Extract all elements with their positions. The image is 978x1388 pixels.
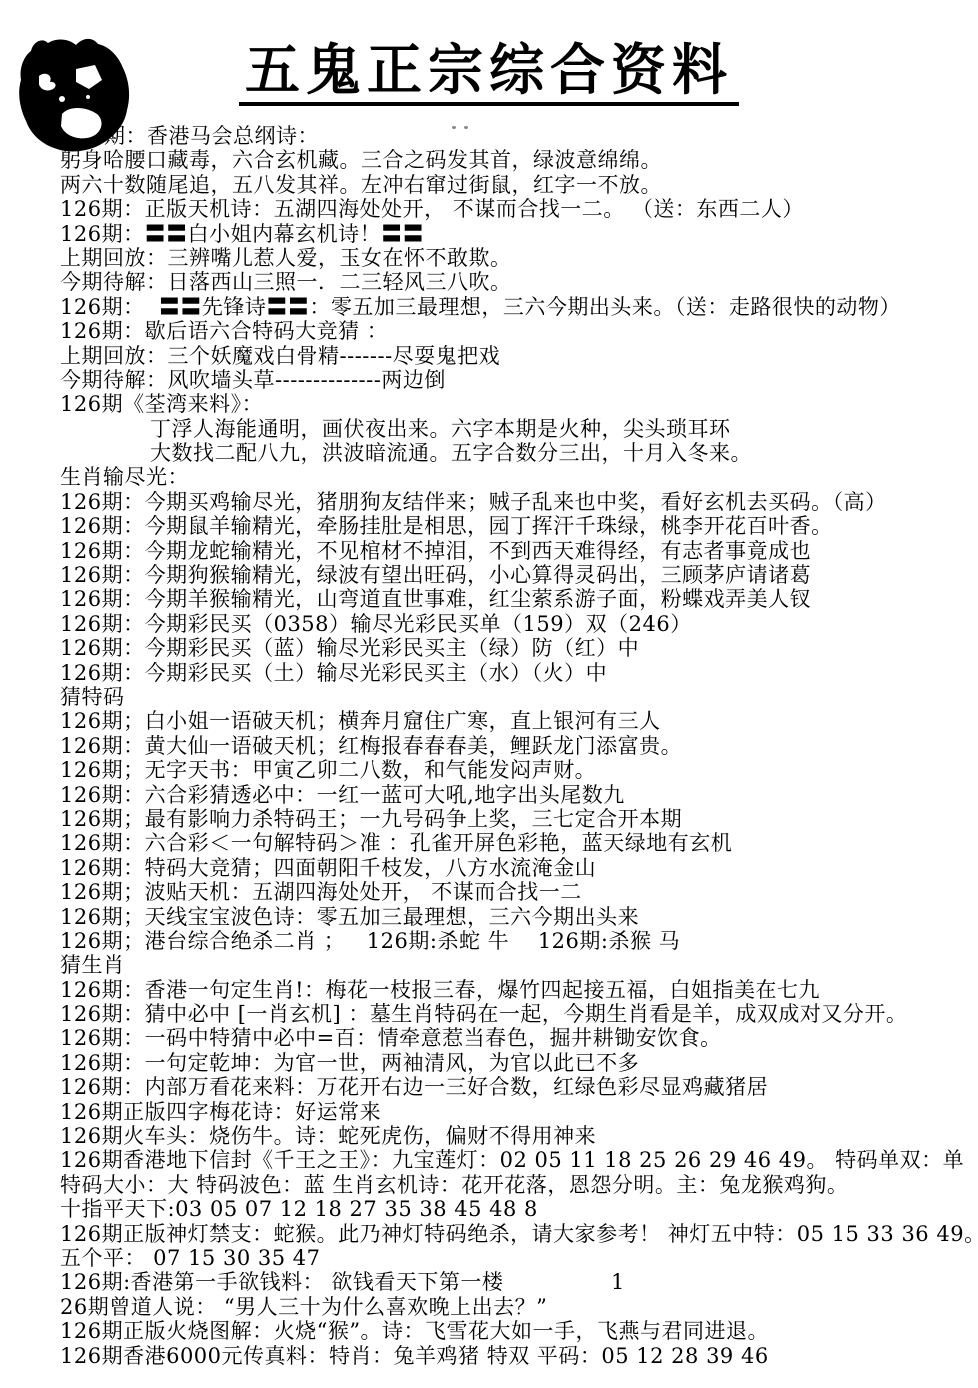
ghost-seal-logo (18, 36, 132, 152)
text-line: 126期：猜中必中 [一肖玄机] ：墓生肖特码在一起，今期生肖看是羊，成双成对又… (0, 1002, 978, 1026)
text-line: 126期：〓〓白小姐内幕玄机诗！〓〓 (0, 222, 978, 246)
text-line: 126期；白小姐一语破天机；横奔月窟住广寒，直上银河有三人 (0, 709, 978, 733)
text-line: 126期香港地下信封《千王之王》：九宝莲灯：02 05 11 18 25 26 … (0, 1148, 978, 1172)
text-line: 126期：特码大竞猜；四面朝阳千枝发，八方水流淹金山 (0, 856, 978, 880)
text-line: 126期正版神灯禁支：蛇猴。此乃神灯特码绝杀，请大家参考！ 神灯五中特：05 1… (0, 1222, 978, 1246)
text-line: 126期：六合彩猜透必中：一红一蓝可大吼,地字出头尾数九 (0, 783, 978, 807)
text-line: 126期:香港第一手欲钱料： 欲钱看天下第一楼 1 (0, 1270, 978, 1294)
text-line: 126期：今期鼠羊输精光，牵肠挂肚是相思，园丁挥汗千珠绿，桃李开花百叶香。 (0, 514, 978, 538)
text-line: 126期火车头：烧伤牛。诗：蛇死虎伤，偏财不得用神来 (0, 1124, 978, 1148)
text-line: 126期： 〓〓先锋诗〓〓：零五加三最理想，三六今期出头来。（送：走路很快的动物… (0, 295, 978, 319)
document-body: 期：香港马会总纲诗：躬身哈腰口藏毒，六合玄机藏。三合之码发其首，绿波意绵绵。两六… (0, 124, 978, 1368)
text-line: 126期：正版天机诗：五湖四海处处开， 不谋而合找一二。 （送：东西二人） (0, 197, 978, 221)
text-line: 生肖输尽光： (0, 465, 978, 489)
text-line: 126期；港台综合绝杀二肖 ； 126期:杀蛇 牛 126期:杀猴 马 (0, 929, 978, 953)
text-line: 两六十数随尾追，五八发其祥。左冲右窜过街鼠，红字一不放。 (0, 173, 978, 197)
text-line: 五个平： 07 15 30 35 47 (0, 1246, 978, 1270)
text-line: 126期；最有影响力杀特码王；一九号码争上奖，三七定合开本期 (0, 807, 978, 831)
text-line: 126期：今期彩民买（蓝）输尽光彩民买主（绿）防（红）中 (0, 636, 978, 660)
text-line: 126期：内部万看花来料：万花开右边一三好合数，红绿色彩尽显鸡藏猪居 (0, 1075, 978, 1099)
page-title: 五鬼正宗综合资料 (0, 38, 978, 106)
text-line: 大数找二配八九，洪波暗流通。五字合数分三出，十月入冬来。 (0, 441, 978, 465)
text-line: 26期曾道人说： “男人三十为什么喜欢晚上出去？” (0, 1295, 978, 1319)
text-line: 126期：歇后语六合特码大竞猜 ： (0, 319, 978, 343)
text-line: 今期待解：日落西山三照一．二三轻风三八吹。 (0, 270, 978, 294)
text-line: 126期：今期彩民买（0358）输尽光彩民买单（159）双（246） (0, 612, 978, 636)
ghost-seal-image (18, 36, 132, 152)
text-line: 上期回放：三辨嘴儿惹人爱，玉女在怀不敢欺。 (0, 246, 978, 270)
text-line: 126期：今期狗猴输精光，绿波有望出旺码，小心算得灵码出，三顾茅庐请诸葛 (0, 563, 978, 587)
text-line: 猜生肖 (0, 953, 978, 977)
document-page: 五鬼正宗综合资料 期：香港马会总纲诗：躬身哈腰口藏毒，六合玄机藏。三合之码发其首… (0, 0, 978, 1388)
text-line: 126期正版火烧图解：火烧“猴”。诗：飞雪花大如一手，飞燕与君同进退。 (0, 1319, 978, 1343)
text-line: 126期；无字天书：甲寅乙卯二八数，和气能发闷声财。 (0, 758, 978, 782)
text-line: 126期：一句定乾坤：为官一世，两袖清风，为官以此已不多 (0, 1051, 978, 1075)
text-line: 126期：六合彩＜一句解特码＞准 ：孔雀开屏色彩艳，蓝天绿地有玄机 (0, 831, 978, 855)
text-line: 猜特码 (0, 685, 978, 709)
text-line: 126期：一码中特猜中必中=百：情牵意惹当春色，掘井耕锄安饮食。 (0, 1026, 978, 1050)
text-line: 躬身哈腰口藏毒，六合玄机藏。三合之码发其首，绿波意绵绵。 (0, 148, 978, 172)
text-line: 126期：今期彩民买（土）输尽光彩民买主（水）（火）中 (0, 661, 978, 685)
text-line: 期：香港马会总纲诗： (0, 124, 978, 148)
text-line: 126期香港6000元传真料：特肖：兔羊鸡猪 特双 平码：05 12 28 39… (0, 1344, 978, 1368)
text-line: 126期：今期龙蛇输精光，不见棺材不掉泪，不到西天难得经，有志者事竟成也 (0, 539, 978, 563)
text-line: 丁浮人海能通明，画伏夜出来。六字本期是火种，尖头琐耳环 (0, 417, 978, 441)
text-line: 126期：今期买鸡输尽光，猪朋狗友结伴来；贼子乱来也中奖，看好玄机去买码。（高） (0, 490, 978, 514)
text-line: 今期待解：风吹墙头草--------------两边倒 (0, 368, 978, 392)
text-line: 特码大小：大 特码波色：蓝 生肖玄机诗：花开花落，恩怨分明。主：兔龙猴鸡狗。 (0, 1173, 978, 1197)
text-line: 十指平天下:03 05 07 12 18 27 35 38 45 48 8 (0, 1197, 978, 1221)
text-line: 126期：黄大仙一语破天机；红梅报春春春美，鲤跃龙门添富贵。 (0, 734, 978, 758)
text-line: 126期《荃湾来料》： (0, 392, 978, 416)
text-line: 126期；波贴天机：五湖四海处处开， 不谋而合找一二 (0, 880, 978, 904)
text-line: 126期：香港一句定生肖!：梅花一枝报三春，爆竹四起接五福，白姐指美在七九 (0, 978, 978, 1002)
text-line: 126期正版四字梅花诗：好运常来 (0, 1100, 978, 1124)
text-line: 126期：今期羊猴输精光，山弯道直世事难，红尘萦系游子面，粉蝶戏弄美人钗 (0, 587, 978, 611)
text-line: 126期；天线宝宝波色诗：零五加三最理想，三六今期出头来 (0, 905, 978, 929)
text-line: 上期回放：三个妖魔戏白骨精-------尽耍鬼把戏 (0, 344, 978, 368)
page-title-text: 五鬼正宗综合资料 (239, 38, 739, 106)
